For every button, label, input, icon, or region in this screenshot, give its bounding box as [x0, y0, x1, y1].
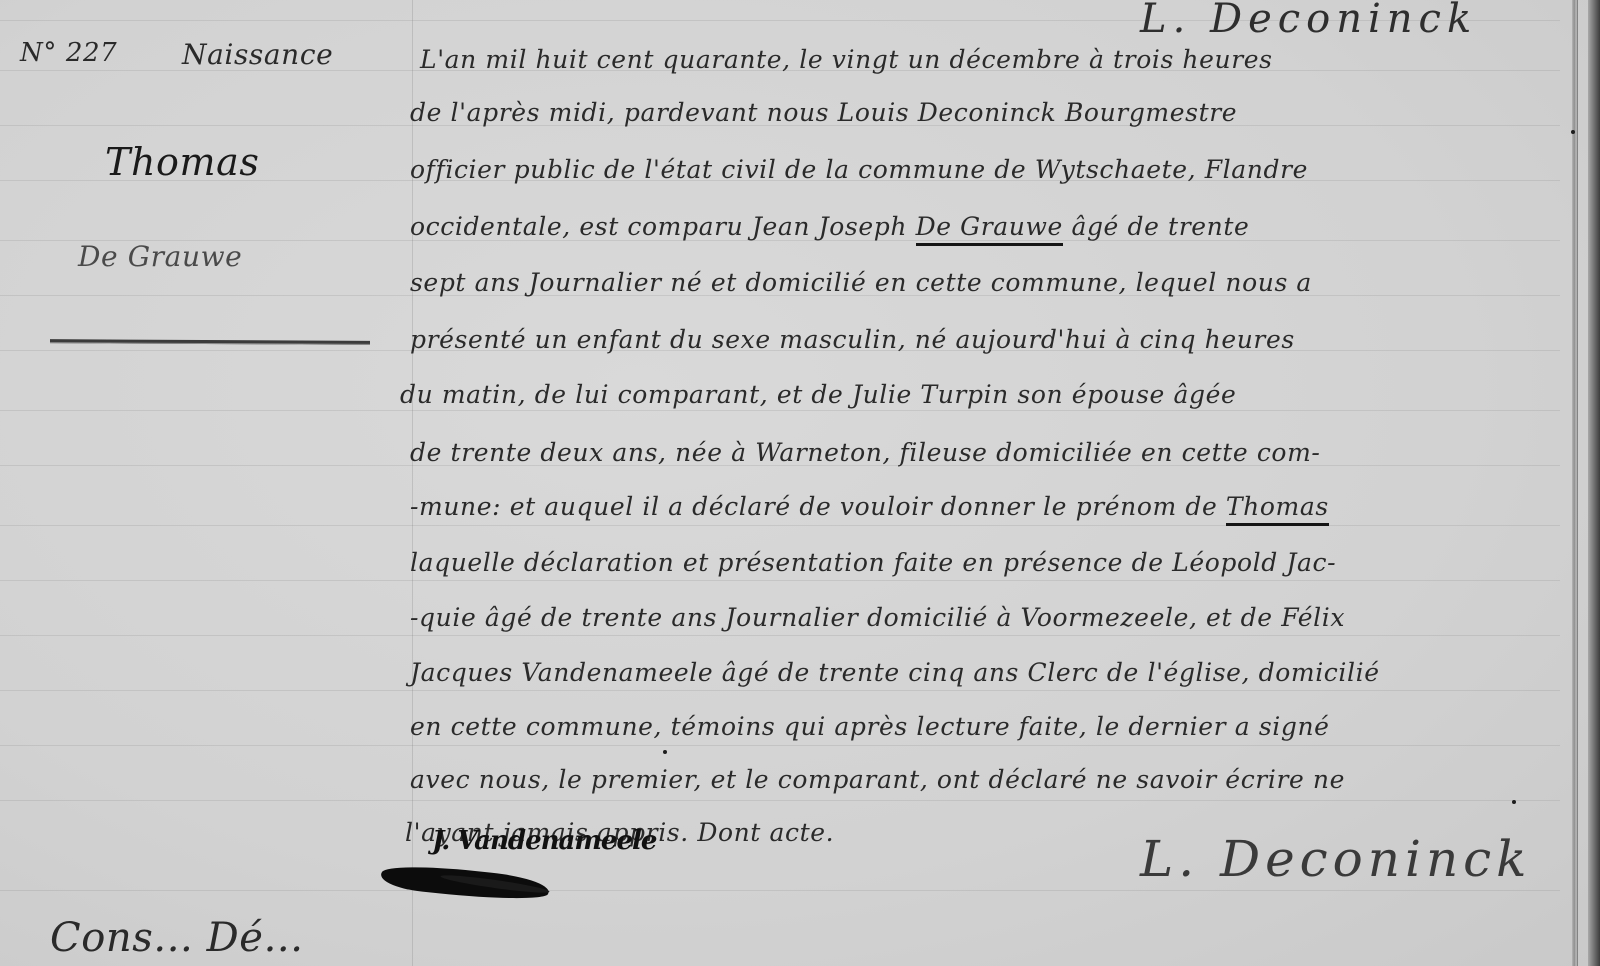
body-line-4-text: occidentale, est comparu Jean Joseph [410, 212, 907, 241]
body-line-7: du matin, de lui comparant, et de Julie … [400, 380, 1236, 409]
body-line-12: Jacques Vandenameele âgé de trente cinq … [410, 658, 1380, 687]
ruled-line [0, 890, 1560, 891]
register-page: L. Deconinck N° 227 Naissance Thomas De … [0, 0, 1600, 966]
entry-type: Naissance [182, 38, 333, 71]
body-line-10: laquelle déclaration et présentation fai… [410, 548, 1336, 577]
body-line-13: en cette commune, témoins qui après lect… [410, 712, 1330, 741]
father-surname: De Grauwe [916, 212, 1063, 246]
binding-edge-outer [1588, 0, 1600, 966]
body-line-6: présenté un enfant du sexe masculin, né … [410, 325, 1295, 354]
body-line-2: de l'après midi, pardevant nous Louis De… [410, 98, 1237, 127]
ink-speck [1512, 800, 1516, 804]
body-line-9: -mune: et auquel il a déclaré de vouloir… [410, 492, 1329, 521]
ruled-line [0, 410, 1560, 411]
binding-edge [1572, 0, 1578, 966]
ink-speck [1571, 130, 1575, 134]
child-name-inline: Thomas [1226, 492, 1329, 526]
witness-signature: J. Vandenameele [432, 826, 656, 856]
ruled-line [0, 745, 1560, 746]
body-line-1: L'an mil huit cent quarante, le vingt un… [420, 45, 1273, 74]
body-line-3: officier public de l'état civil de la co… [410, 155, 1308, 184]
ruled-line [0, 690, 1560, 691]
margin-divider [50, 339, 370, 345]
header-signature: L. Deconinck [1140, 0, 1477, 42]
next-entry-fragment: Cons... Dé... [50, 915, 304, 961]
child-surname: De Grauwe [78, 240, 242, 273]
ink-speck [663, 750, 667, 754]
body-line-9-text: -mune: et auquel il a déclaré de vouloir… [410, 492, 1217, 521]
ruled-line [0, 635, 1560, 636]
body-line-4-suffix: âgé de trente [1063, 212, 1249, 241]
body-line-11: -quie âgé de trente ans Journalier domic… [410, 603, 1345, 632]
ruled-line [0, 580, 1560, 581]
body-line-4: occidentale, est comparu Jean Joseph De … [410, 212, 1249, 241]
entry-number: N° 227 [20, 38, 117, 68]
ruled-line [0, 800, 1560, 801]
body-line-8: de trente deux ans, née à Warneton, file… [410, 438, 1320, 467]
body-line-5: sept ans Journalier né et domicilié en c… [410, 268, 1312, 297]
officer-signature: L. Deconinck [1140, 830, 1531, 888]
body-line-14: avec nous, le premier, et le comparant, … [410, 765, 1345, 794]
child-first-name: Thomas [105, 140, 260, 184]
